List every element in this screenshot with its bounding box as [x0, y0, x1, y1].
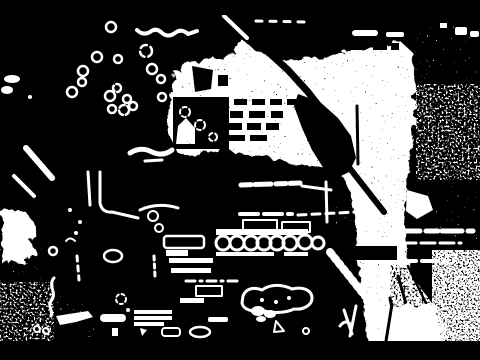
- mid-speckle: [336, 188, 366, 232]
- right-dither: [416, 84, 480, 180]
- triangle-outline: [274, 321, 284, 332]
- small-ring: [303, 328, 309, 334]
- slat-bar: [180, 298, 204, 303]
- dot: [260, 298, 264, 302]
- wheel-outline: [298, 235, 312, 249]
- small-ring: [148, 211, 158, 221]
- wheel-band-bottom: [216, 252, 274, 256]
- outline-arch: [88, 172, 138, 218]
- right-dither: [432, 250, 480, 342]
- sequin-ring: [114, 55, 122, 63]
- sequin-ring: [78, 78, 86, 86]
- bottom-blob: [264, 310, 276, 318]
- slat-bar: [171, 268, 211, 273]
- sequin-ring: [67, 87, 77, 97]
- dash-vline: [154, 256, 155, 277]
- grid-line: [241, 183, 300, 185]
- top-dotted-row: [256, 21, 306, 22]
- grid-vline: [326, 182, 327, 222]
- left-diagonal-streak: [26, 148, 52, 178]
- corner-dither: [0, 282, 54, 342]
- slat-box-outline: [196, 286, 222, 296]
- left-diagonal-streak: [14, 176, 34, 196]
- mass-grain: [172, 42, 412, 162]
- bottom-white-block: [376, 304, 434, 341]
- bottom-mark: [140, 328, 147, 336]
- sequin-ring: [108, 105, 116, 113]
- blob-outline: [104, 250, 122, 262]
- left-speck: [4, 75, 20, 83]
- outlined-box: [164, 236, 204, 248]
- small-ring: [49, 247, 57, 255]
- wheel-band-bottom: [284, 252, 308, 256]
- dashed-ring: [116, 294, 126, 304]
- bottom-stripe: [134, 310, 172, 314]
- outline-wave: [140, 205, 178, 210]
- letterbox-bottom: [0, 341, 480, 360]
- sequin-ring: [147, 64, 157, 74]
- sequin-ring: [157, 75, 165, 83]
- sequin-ring: [106, 22, 116, 32]
- dot: [274, 300, 278, 304]
- bottom-blob: [100, 314, 126, 322]
- white-dash: [166, 250, 188, 256]
- white-dash: [208, 317, 228, 322]
- wheel-outline: [216, 236, 230, 250]
- bottom-stripe: [134, 322, 164, 326]
- top-smear: [352, 30, 378, 36]
- sequin-ring: [158, 93, 166, 101]
- dot: [78, 220, 82, 224]
- sequin-ring: [129, 102, 137, 110]
- top-squiggle: [137, 30, 197, 36]
- small-ring: [155, 224, 163, 232]
- wheel-outline: [230, 236, 244, 250]
- binarized-image-canvas: [0, 0, 480, 360]
- dot: [68, 208, 72, 212]
- dot: [74, 231, 78, 235]
- right-dither: [436, 186, 480, 248]
- bottom-blob: [256, 316, 266, 322]
- letterbox-top: [0, 0, 480, 15]
- wheel-outline: [312, 237, 324, 249]
- bottom-stripe: [134, 316, 172, 320]
- video-frame: [0, 0, 480, 360]
- bottom-curvy: [340, 322, 352, 326]
- dot: [287, 296, 291, 300]
- sequin-ring: [140, 45, 152, 57]
- mass-edge-streak: [145, 160, 162, 161]
- slat-bar: [169, 258, 213, 263]
- sequin-ring: [113, 84, 121, 92]
- bottom-oval-outline: [190, 327, 210, 337]
- left-speck: [1, 86, 13, 94]
- left-speck: [28, 95, 32, 99]
- top-smear: [386, 32, 404, 37]
- dash-vline: [77, 256, 79, 280]
- bottom-blob: [251, 306, 265, 316]
- corner-dither: [0, 246, 42, 286]
- sequin-ring: [119, 105, 129, 115]
- dot: [126, 308, 130, 312]
- sequin-ring: [78, 66, 88, 76]
- small-arc: [66, 239, 75, 242]
- sequin-ring: [123, 95, 131, 103]
- mass-edge-streak: [130, 149, 172, 154]
- bottom-mark: [112, 328, 118, 336]
- bottom-box-outline: [162, 328, 180, 336]
- right-dither: [414, 24, 478, 82]
- sequin-ring: [105, 91, 115, 101]
- sequin-ring: [92, 52, 102, 62]
